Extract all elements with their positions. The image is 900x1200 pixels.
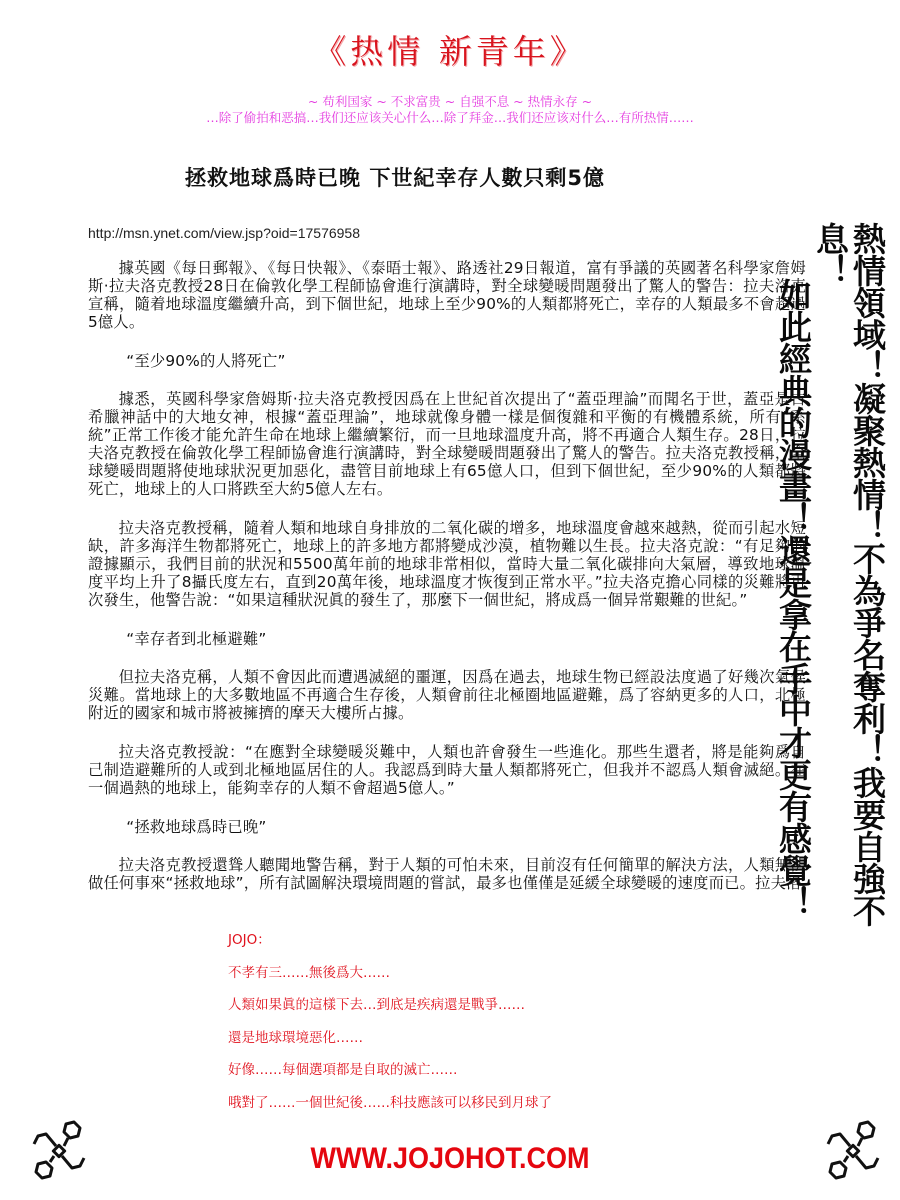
translator-comment: JOJO： 不孝有三……無後爲大…… 人類如果眞的這樣下去…到底是疾病還是戰爭…… [228, 924, 552, 1119]
article-subhead: “至少90%的人將死亡” [88, 352, 806, 370]
article-subhead: “拯救地球爲時已晚” [88, 818, 806, 836]
vertical-slogan-col-1: 熱情領域！凝聚熱情！不為爭名奪利！我要自強不息！ [811, 222, 887, 926]
vertical-slogan-col-2: 如此經典的漫畫！還是拿在手中才更有感覺！ [775, 278, 812, 962]
article-paragraph: 拉夫洛克教授說：“在應對全球變暖災難中，人類也許會發生一些進化。那些生還者，將是… [88, 743, 806, 797]
comment-line: 哦對了……一個世紀後……科技應該可以移民到月球了 [228, 1087, 552, 1120]
slogans: ~ 苟利国家 ~ 不求富贵 ~ 自强不息 ~ 热情永存 ~ …除了偷拍和恶搞…我… [0, 94, 900, 126]
vertical-slogan: 熱情領域！凝聚熱情！不為爭名奪利！我要自強不息！ 如此經典的漫畫！還是拿在手中才… [775, 222, 886, 962]
slogan-line-2: …除了偷拍和恶搞…我们还应该关心什么…除了拜金…我们还应该对什么…有所热情…… [0, 110, 900, 126]
brand-title: 《热情 新青年》 [0, 26, 900, 73]
comment-line: 不孝有三……無後爲大…… [228, 957, 552, 990]
article-paragraph: 據英國《每日郵報》、《每日快報》、《泰晤士報》、路透社29日報道，富有爭議的英國… [88, 259, 806, 331]
article-paragraph: 但拉夫洛克稱，人類不會因此而遭遇滅絕的噩運，因爲在過去，地球生物已經設法度過了好… [88, 668, 806, 722]
article-paragraph: 拉夫洛克教授還聳人聽聞地警告稱，對于人類的可怕未來，目前沒有任何簡單的解決方法，… [88, 856, 806, 892]
article-headline: 拯救地球爲時已晚 下世紀幸存人數只剩5億 [0, 162, 790, 192]
comment-author: JOJO： [228, 924, 552, 957]
source-url: http://msn.ynet.com/view.jsp?oid=1757695… [88, 225, 360, 241]
article-subhead: “幸存者到北極避難” [88, 630, 806, 648]
article-body: 據英國《每日郵報》、《每日快報》、《泰晤士報》、路透社29日報道，富有爭議的英國… [88, 259, 806, 913]
site-url: WWW.JOJOHOT.COM [45, 1142, 855, 1176]
comment-line: 還是地球環境惡化…… [228, 1022, 552, 1055]
hexagon-pinwheel-icon [818, 1116, 888, 1186]
article-paragraph: 拉夫洛克教授稱，隨着人類和地球自身排放的二氧化碳的增多，地球溫度會越來越熱，從而… [88, 519, 806, 609]
slogan-line-1: ~ 苟利国家 ~ 不求富贵 ~ 自强不息 ~ 热情永存 ~ [0, 94, 900, 110]
comment-line: 好像……每個選項都是自取的滅亡…… [228, 1054, 552, 1087]
article-paragraph: 據悉，英國科學家詹姆斯·拉夫洛克教授因爲在上世紀首次提出了“蓋亞理論”而聞名于世… [88, 390, 806, 498]
comment-line: 人類如果眞的這樣下去…到底是疾病還是戰爭…… [228, 989, 552, 1022]
